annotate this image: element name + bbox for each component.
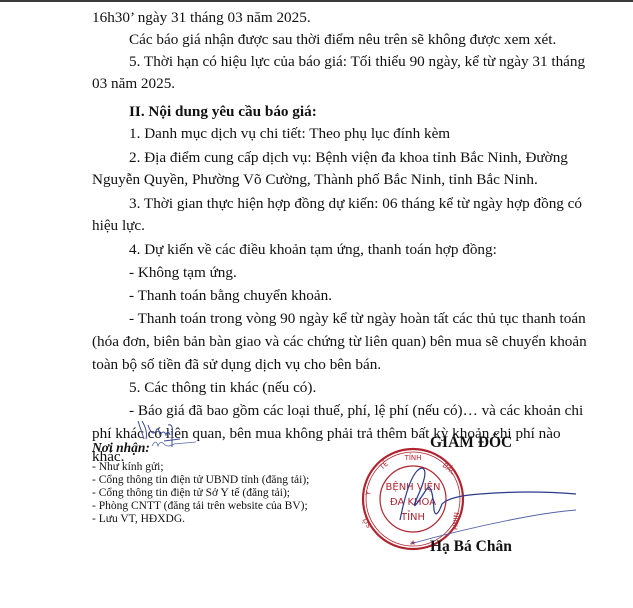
body-line: (hóa đơn, biên bản bàn giao và các chứng… (92, 331, 587, 353)
body-line: Các báo giá nhận được sau thời điểm nêu … (129, 29, 556, 51)
recipient-item: - Phòng CNTT (đăng tải trên website của … (92, 500, 308, 514)
body-line: 16h30’ ngày 31 tháng 03 năm 2025. (92, 7, 311, 29)
recipient-item: - Lưu VT, HĐXDG. (92, 513, 185, 527)
body-line: hiệu lực. (92, 215, 145, 237)
recipient-item: - Cổng thông tin điện tử Sở Y tế (đăng t… (92, 487, 290, 501)
svg-text:Y: Y (364, 490, 373, 498)
body-line: 4. Dự kiến về các điều khoản tạm ứng, th… (129, 239, 497, 261)
body-line: 5. Các thông tin khác (nếu có). (129, 377, 316, 399)
body-line: - Không tạm ứng. (129, 262, 237, 284)
body-line: - Thanh toán trong vòng 90 ngày kể từ ng… (129, 308, 586, 330)
body-line: - Thanh toán bằng chuyển khoản. (129, 285, 332, 307)
director-signature (380, 460, 580, 550)
recipients-initials (150, 436, 200, 450)
body-line: toàn bộ số tiền đã sử dụng dịch vụ cho b… (92, 354, 381, 376)
body-line: 2. Địa điểm cung cấp dịch vụ: Bệnh viện … (129, 147, 568, 169)
body-line: - Báo giá đã bao gồm các loại thuế, phí,… (129, 400, 583, 422)
body-line: 5. Thời hạn có hiệu lực của báo giá: Tối… (129, 51, 585, 73)
recipient-item: - Cổng thông tin điện tử UBND tỉnh (đăng… (92, 474, 309, 488)
recipient-item: - Như kính gửi; (92, 461, 164, 475)
recipients-title: Nơi nhận: (92, 440, 150, 456)
body-line: 1. Danh mục dịch vụ chi tiết: Theo phụ l… (129, 123, 450, 145)
body-line: 3. Thời gian thực hiện hợp đồng dự kiến:… (129, 193, 582, 215)
section-heading: II. Nội dung yêu cầu báo giá: (129, 101, 317, 123)
body-line: 03 năm 2025. (92, 73, 175, 95)
director-name: Hạ Bá Chân (430, 538, 512, 556)
body-line: Nguyễn Quyền, Phường Võ Cường, Thành phố… (92, 169, 538, 191)
